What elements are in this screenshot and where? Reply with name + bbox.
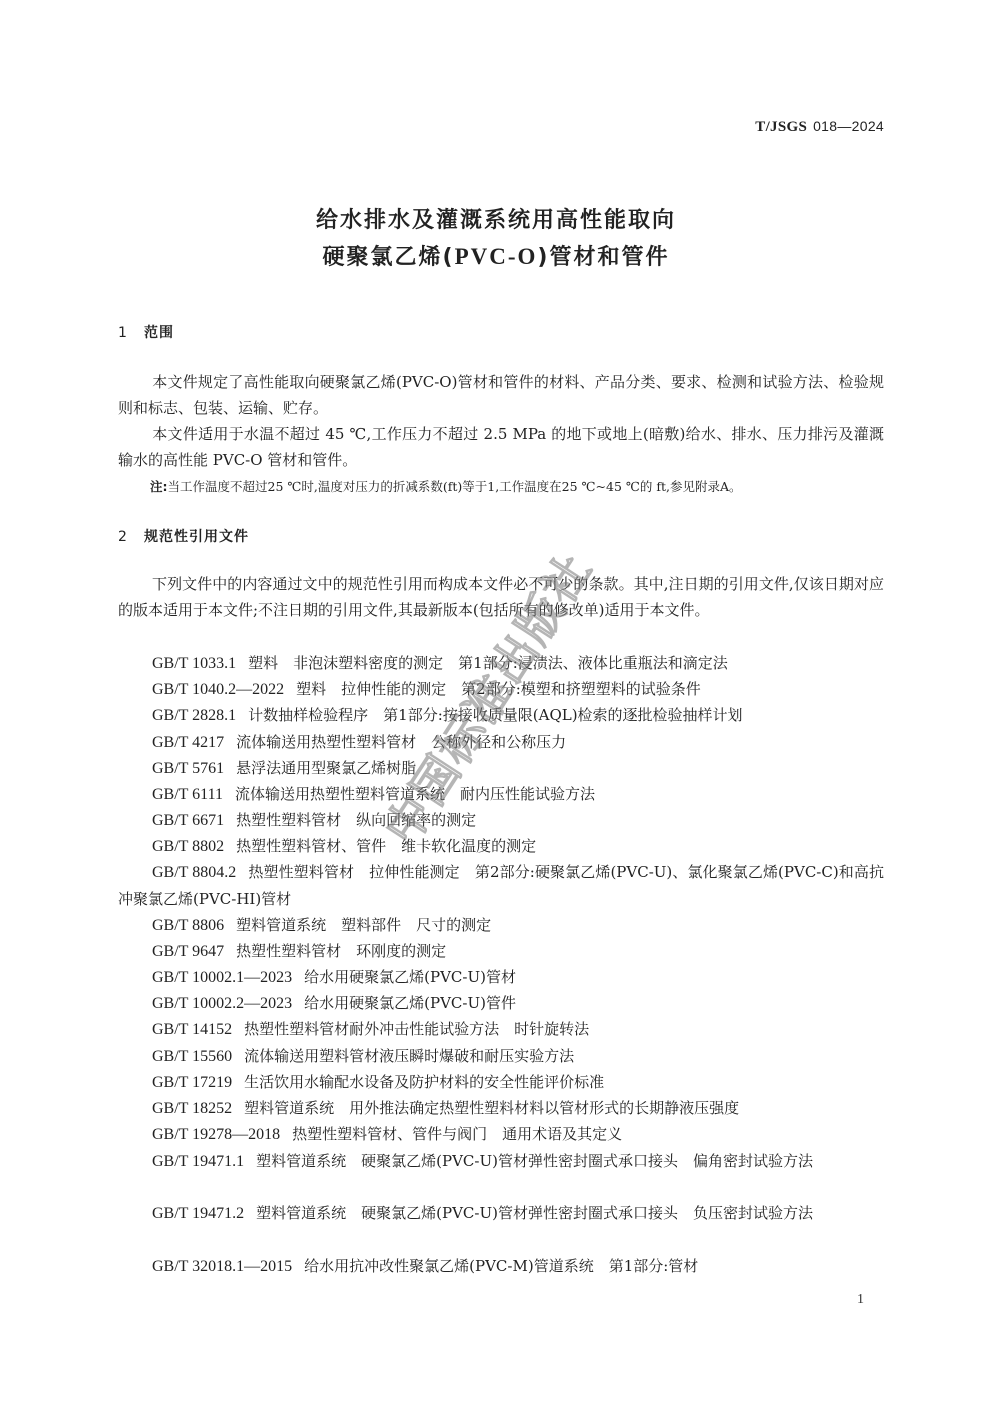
reference-title: 计数抽样检验程序 第1部分:按接收质量限(AQL)检索的逐批检验抽样计划 <box>248 706 742 724</box>
standard-number: T/JSGS018—2024 <box>755 118 884 136</box>
paragraph: 下列文件中的内容通过文中的规范性引用而构成本文件必不可少的条款。其中,注日期的引… <box>118 571 884 623</box>
reference-item: GB/T 8804.2热塑性塑料管材 拉伸性能测定 第2部分:硬聚氯乙烯(PVC… <box>118 859 884 912</box>
reference-title: 塑料管道系统 硬聚氯乙烯(PVC-U)管材弹性密封圈式承口接头 负压密封试验方法 <box>256 1204 813 1222</box>
reference-code: GB/T 6671 <box>152 812 224 829</box>
reference-item: GB/T 18252塑料管道系统 用外推法确定热塑性塑料材料以管材形式的长期静液… <box>118 1095 884 1122</box>
reference-title: 热塑性塑料管材、管件 维卡软化温度的测定 <box>236 837 536 855</box>
reference-item: GB/T 6671热塑性塑料管材 纵向回缩率的测定 <box>118 807 884 834</box>
section-number: 2 <box>118 529 144 545</box>
reference-title: 塑料管道系统 用外推法确定热塑性塑料材料以管材形式的长期静液压强度 <box>244 1099 739 1117</box>
reference-item: GB/T 32018.1—2015给水用抗冲改性聚氯乙烯(PVC-M)管道系统 … <box>118 1253 884 1280</box>
reference-code: GB/T 19471.2 <box>152 1205 244 1222</box>
reference-title: 热塑性塑料管材 纵向回缩率的测定 <box>236 811 476 829</box>
reference-item: GB/T 19471.1塑料管道系统 硬聚氯乙烯(PVC-U)管材弹性密封圈式承… <box>118 1148 884 1175</box>
note: 注:当工作温度不超过25 ℃时,温度对压力的折减系数(ft)等于1,工作温度在2… <box>150 477 742 495</box>
reference-title: 流体输送用热塑性塑料管材 公称外径和公称压力 <box>236 733 566 751</box>
section-heading-scope: 1范围 <box>118 322 174 342</box>
document-page: T/JSGS018—2024 给水排水及灌溉系统用高性能取向 硬聚氯乙烯(PVC… <box>0 0 992 1403</box>
reference-item: GB/T 1033.1塑料 非泡沫塑料密度的测定 第1部分:浸渍法、液体比重瓶法… <box>118 650 884 677</box>
section-title: 规范性引用文件 <box>144 529 249 545</box>
note-label: 注: <box>150 479 168 494</box>
page-number: 1 <box>857 1292 864 1308</box>
reference-title: 生活饮用水输配水设备及防护材料的安全性能评价标准 <box>244 1073 604 1091</box>
note-text: 当工作温度不超过25 ℃时,温度对压力的折减系数(ft)等于1,工作温度在25 … <box>168 479 742 494</box>
title-part: 硬聚氯乙烯( <box>323 245 455 270</box>
reference-code: GB/T 8802 <box>152 838 224 855</box>
document-title-line-1: 给水排水及灌溉系统用高性能取向 <box>0 203 992 234</box>
reference-item: GB/T 9647热塑性塑料管材 环刚度的测定 <box>118 938 884 965</box>
reference-code: GB/T 18252 <box>152 1100 232 1117</box>
title-part: )管材和管件 <box>537 245 669 270</box>
reference-item: GB/T 10002.1—2023给水用硬聚氯乙烯(PVC-U)管材 <box>118 964 884 991</box>
reference-title: 悬浮法通用型聚氯乙烯树脂 <box>236 759 416 777</box>
reference-item: GB/T 6111流体输送用热塑性塑料管道系统 耐内压性能试验方法 <box>118 781 884 808</box>
reference-title: 流体输送用塑料管材液压瞬时爆破和耐压实验方法 <box>244 1047 574 1065</box>
reference-code: GB/T 8806 <box>152 917 224 934</box>
standard-code: 018—2024 <box>813 118 884 134</box>
reference-code: GB/T 32018.1—2015 <box>152 1258 292 1275</box>
reference-item: GB/T 17219生活饮用水输配水设备及防护材料的安全性能评价标准 <box>118 1069 884 1096</box>
reference-item: GB/T 8806塑料管道系统 塑料部件 尺寸的测定 <box>118 912 884 939</box>
reference-title: 热塑性塑料管材耐外冲击性能试验方法 时针旋转法 <box>244 1020 589 1038</box>
reference-item: GB/T 19278—2018热塑性塑料管材、管件与阀门 通用术语及其定义 <box>118 1121 884 1148</box>
title-latin: PVC-O <box>455 244 538 269</box>
paragraph-text: 本文件规定了高性能取向硬聚氯乙烯(PVC-O)管材和管件的材料、产品分类、要求、… <box>118 373 884 417</box>
reference-title: 给水用硬聚氯乙烯(PVC-U)管材 <box>304 968 516 986</box>
reference-item: GB/T 8802热塑性塑料管材、管件 维卡软化温度的测定 <box>118 833 884 860</box>
reference-title: 流体输送用热塑性塑料管道系统 耐内压性能试验方法 <box>235 785 595 803</box>
reference-title: 塑料 非泡沫塑料密度的测定 第1部分:浸渍法、液体比重瓶法和滴定法 <box>248 654 728 672</box>
reference-item: GB/T 5761悬浮法通用型聚氯乙烯树脂 <box>118 755 884 782</box>
reference-code: GB/T 4217 <box>152 734 224 751</box>
reference-title: 塑料管道系统 塑料部件 尺寸的测定 <box>236 916 491 934</box>
reference-item: GB/T 2828.1计数抽样检验程序 第1部分:按接收质量限(AQL)检索的逐… <box>118 702 884 729</box>
paragraph-text: 本文件适用于水温不超过 45 ℃,工作压力不超过 2.5 MPa 的地下或地上(… <box>118 425 884 469</box>
section-number: 1 <box>118 325 144 341</box>
reference-code: GB/T 5761 <box>152 760 224 777</box>
reference-code: GB/T 10002.2—2023 <box>152 995 292 1012</box>
reference-code: GB/T 10002.1—2023 <box>152 969 292 986</box>
reference-title: 给水用硬聚氯乙烯(PVC-U)管件 <box>304 994 516 1012</box>
reference-item: GB/T 14152热塑性塑料管材耐外冲击性能试验方法 时针旋转法 <box>118 1016 884 1043</box>
reference-code: GB/T 2828.1 <box>152 707 236 724</box>
standard-prefix: T/JSGS <box>755 119 807 135</box>
paragraph: 本文件适用于水温不超过 45 ℃,工作压力不超过 2.5 MPa 的地下或地上(… <box>118 421 884 473</box>
paragraph: 本文件规定了高性能取向硬聚氯乙烯(PVC-O)管材和管件的材料、产品分类、要求、… <box>118 369 884 421</box>
reference-code: GB/T 19471.1 <box>152 1153 244 1170</box>
reference-code: GB/T 1033.1 <box>152 655 236 672</box>
reference-item: GB/T 19471.2塑料管道系统 硬聚氯乙烯(PVC-U)管材弹性密封圈式承… <box>118 1200 884 1227</box>
reference-code: GB/T 14152 <box>152 1021 232 1038</box>
section-title: 范围 <box>144 325 174 341</box>
reference-item: GB/T 4217流体输送用热塑性塑料管材 公称外径和公称压力 <box>118 729 884 756</box>
reference-title: 塑料 拉伸性能的测定 第2部分:模塑和挤塑塑料的试验条件 <box>296 680 701 698</box>
reference-item: GB/T 1040.2—2022塑料 拉伸性能的测定 第2部分:模塑和挤塑塑料的… <box>118 676 884 703</box>
document-title-line-2: 硬聚氯乙烯(PVC-O)管材和管件 <box>0 240 992 271</box>
paragraph-text: 下列文件中的内容通过文中的规范性引用而构成本文件必不可少的条款。其中,注日期的引… <box>118 575 884 619</box>
reference-title: 热塑性塑料管材 环刚度的测定 <box>236 942 446 960</box>
reference-code: GB/T 6111 <box>152 786 223 803</box>
reference-code: GB/T 9647 <box>152 943 224 960</box>
reference-item: GB/T 15560流体输送用塑料管材液压瞬时爆破和耐压实验方法 <box>118 1043 884 1070</box>
reference-code: GB/T 1040.2—2022 <box>152 681 284 698</box>
reference-code: GB/T 15560 <box>152 1048 232 1065</box>
reference-code: GB/T 19278—2018 <box>152 1126 280 1143</box>
reference-code: GB/T 8804.2 <box>152 864 236 881</box>
reference-code: GB/T 17219 <box>152 1074 232 1091</box>
reference-item: GB/T 10002.2—2023给水用硬聚氯乙烯(PVC-U)管件 <box>118 990 884 1017</box>
section-heading-normative-references: 2规范性引用文件 <box>118 526 249 546</box>
reference-title: 给水用抗冲改性聚氯乙烯(PVC-M)管道系统 第1部分:管材 <box>304 1257 698 1275</box>
reference-title: 塑料管道系统 硬聚氯乙烯(PVC-U)管材弹性密封圈式承口接头 偏角密封试验方法 <box>256 1152 813 1170</box>
reference-title: 热塑性塑料管材、管件与阀门 通用术语及其定义 <box>292 1125 622 1143</box>
